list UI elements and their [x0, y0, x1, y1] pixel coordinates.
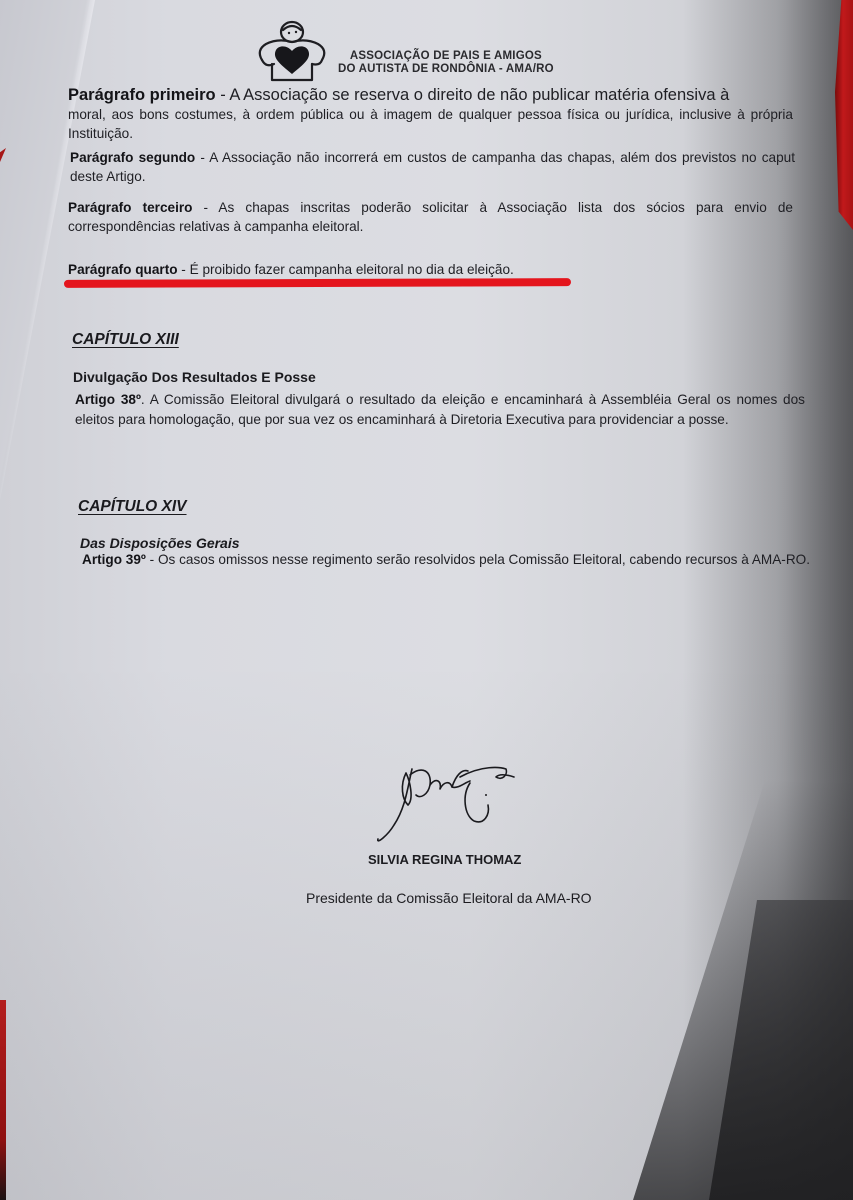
signer-name: SILVIA REGINA THOMAZ — [368, 852, 521, 867]
org-name-line-2: DO AUTISTA DE RONDÔNIA - AMA/RO — [338, 63, 554, 76]
article-label: Artigo 39º — [82, 552, 146, 567]
article-text: - Os casos omissos nesse regimento serão… — [146, 552, 810, 567]
paragraph-label: Parágrafo primeiro — [68, 86, 216, 104]
handwritten-signature-icon — [370, 755, 530, 855]
paragraph-label: Parágrafo quarto — [68, 262, 178, 277]
signer-role: Presidente da Comissão Eleitoral da AMA-… — [306, 890, 592, 906]
chapter-title-xiii: CAPÍTULO XIII — [72, 330, 179, 349]
paragraph-segundo: Parágrafo segundo - A Associação não inc… — [70, 148, 795, 186]
paragraph-text: moral, aos bons costumes, à ordem públic… — [68, 107, 793, 141]
chapter-title-xiv: CAPÍTULO XIV — [78, 497, 187, 516]
red-background-edge — [0, 1000, 6, 1200]
paragraph-text-lead: - A Associação se reserva o direito de n… — [216, 86, 730, 104]
org-name-line-1: ASSOCIAÇÃO DE PAIS E AMIGOS — [338, 50, 554, 63]
letterhead: ASSOCIAÇÃO DE PAIS E AMIGOS DO AUTISTA D… — [250, 20, 610, 82]
article-39: Artigo 39º - Os casos omissos nesse regi… — [82, 550, 812, 570]
chapter-subtitle-xiii: Divulgação Dos Resultados E Posse — [73, 368, 316, 387]
paragraph-quarto: Parágrafo quarto - É proibido fazer camp… — [68, 260, 793, 279]
article-label: Artigo 38º — [75, 392, 141, 407]
paragraph-terceiro: Parágrafo terceiro - As chapas inscritas… — [68, 198, 793, 236]
paragraph-label: Parágrafo terceiro — [68, 200, 192, 215]
paragraph-text: - É proibido fazer campanha eleitoral no… — [178, 262, 514, 277]
organization-name: ASSOCIAÇÃO DE PAIS E AMIGOS DO AUTISTA D… — [338, 50, 554, 76]
article-38: Artigo 38º. A Comissão Eleitoral divulga… — [75, 390, 805, 430]
article-text: . A Comissão Eleitoral divulgará o resul… — [75, 392, 805, 427]
paragraph-label: Parágrafo segundo — [70, 150, 195, 165]
paragraph-primeiro: Parágrafo primeiro - A Associação se res… — [68, 86, 793, 143]
child-hugging-heart-logo-icon — [250, 20, 336, 82]
